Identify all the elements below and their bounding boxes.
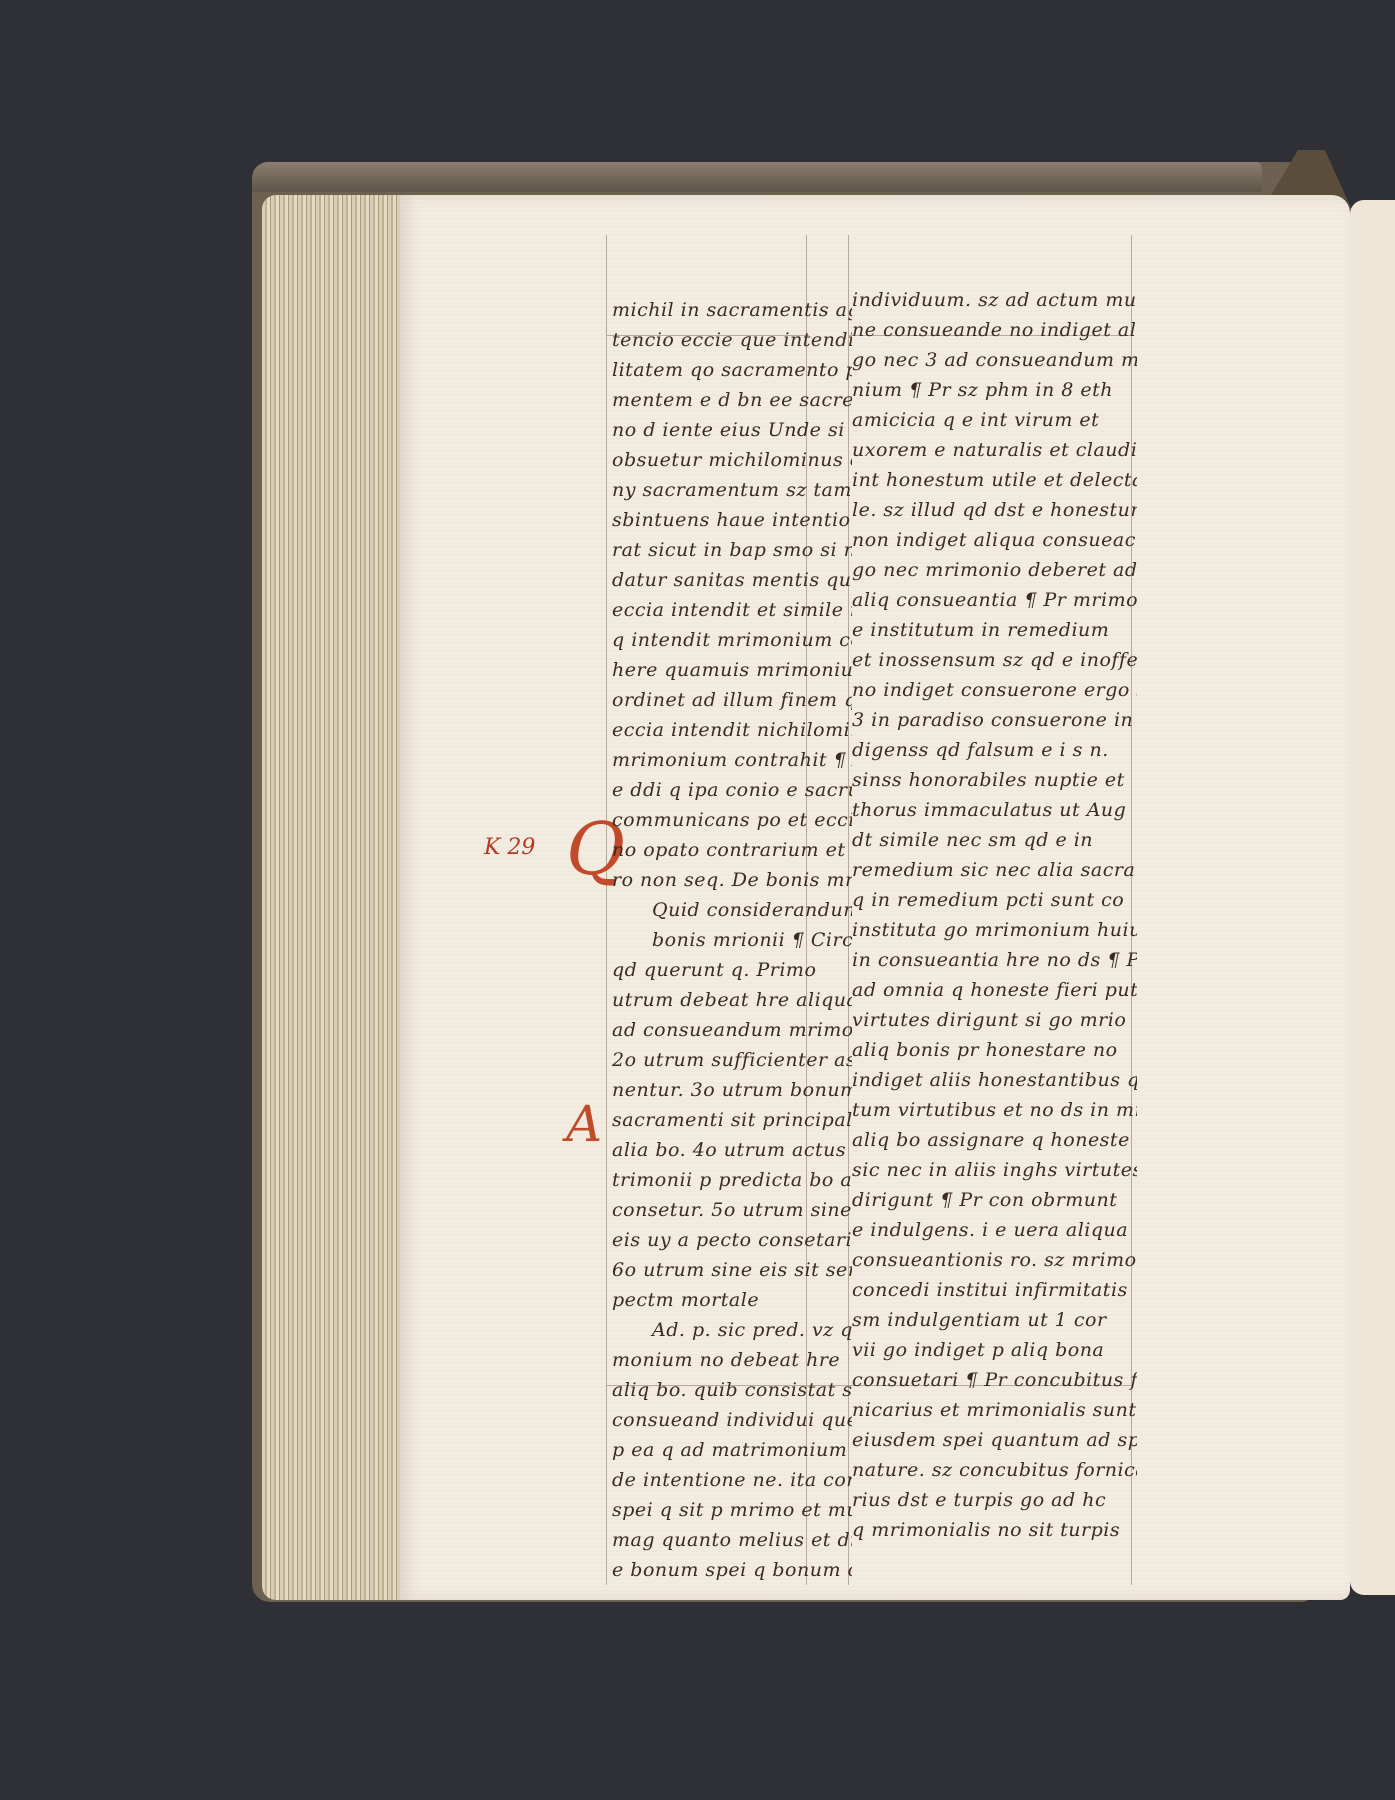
text-line: in consueantia hre no ds ¶ Pr <box>852 945 1137 975</box>
text-line: e bonum spei q bonum conig <box>612 1555 852 1585</box>
text-line: thorus immaculatus ut Aug <box>852 795 1137 825</box>
text-line: aliq bonis pr honestare no <box>852 1035 1137 1065</box>
text-line: ny sacramentum sz tamen <box>612 475 852 505</box>
text-line: q mrimonialis no sit turpis <box>852 1515 1137 1545</box>
text-line: spei q sit p mrimo et multo <box>612 1495 852 1525</box>
text-line: consuetari ¶ Pr concubitus for <box>852 1365 1137 1395</box>
text-line: le. sz illud qd dst e honestum <box>852 495 1137 525</box>
text-line: eiusdem spei quantum ad spem <box>852 1425 1137 1455</box>
text-line: nature. sz concubitus fornica <box>852 1455 1137 1485</box>
text-line: eccia intendit et simile ille <box>612 595 852 625</box>
text-line: pectm mortale <box>612 1285 852 1315</box>
text-line: ro non seq. De bonis mrioii <box>612 865 852 895</box>
text-line: alia bo. 4o utrum actus ma <box>612 1135 852 1165</box>
text-line: datur sanitas mentis quam <box>612 565 852 595</box>
text-line: rius dst e turpis go ad hc <box>852 1485 1137 1515</box>
text-line: virtutes dirigunt si go mrio <box>852 1005 1137 1035</box>
text-line: tum virtutibus et no ds in mrio <box>852 1095 1137 1125</box>
text-line: 2o utrum sufficienter assig <box>612 1045 852 1075</box>
text-line: bonis mrionii ¶ Circa <box>612 925 852 955</box>
text-line: 3 in paradiso consuerone in <box>852 705 1137 735</box>
ruling-line <box>606 235 607 1585</box>
text-line: Quid considerandum e de <box>612 895 852 925</box>
text-line: aliq consueantia ¶ Pr mrimo <box>852 585 1137 615</box>
text-line: consueantionis ro. sz mrimo <box>852 1245 1137 1275</box>
text-line: indiget aliis honestantibus qm <box>852 1065 1137 1095</box>
text-line: dt simile nec sm qd e in <box>852 825 1137 855</box>
text-line: ne consueande no indiget aliq <box>852 315 1137 345</box>
text-line: p ea q ad matrimonium pz e <box>612 1435 852 1465</box>
decorated-initial-a: A <box>566 1095 602 1153</box>
text-line: aliq bo assignare q honeste <box>852 1125 1137 1155</box>
text-line: utrum debeat hre aliqua bo <box>612 985 852 1015</box>
text-line: aliq bo. quib consistat sic n. <box>612 1375 852 1405</box>
text-line: amicicia q e int virum et <box>852 405 1137 435</box>
text-line: here quamuis mrimonium no <box>612 655 852 685</box>
text-line: communicans po et eccie et <box>612 805 852 835</box>
text-line: consueand individui que sit <box>612 1405 852 1435</box>
marginal-note: K 29 <box>484 835 535 860</box>
text-line: vii go indiget p aliq bona <box>852 1335 1137 1365</box>
text-line: ordinet ad illum finem qui <box>612 685 852 715</box>
text-line: e institutum in remedium <box>852 615 1137 645</box>
manuscript-leaf: K 29 Q A michil in sacramentis agit. sz … <box>400 195 1350 1600</box>
text-line: sinss honorabiles nuptie et <box>852 765 1137 795</box>
text-line: sacramenti sit principaliens int <box>612 1105 852 1135</box>
facing-leaf-edge <box>1350 200 1395 1595</box>
text-line: eis uy a pecto consetari possit <box>612 1225 852 1255</box>
text-column-left: michil in sacramentis agit. sz intencio … <box>612 295 852 1585</box>
text-line: litatem qo sacramento pre <box>612 355 852 385</box>
text-line: q intendit mrimonium contra <box>612 625 852 655</box>
text-line: concedi institui infirmitatis <box>852 1275 1137 1305</box>
text-line: qd querunt q. Primo <box>612 955 852 985</box>
text-line: digenss qd falsum e i s n. <box>852 735 1137 765</box>
text-line: tencio eccie que intendit uti <box>612 325 852 355</box>
text-line: michil in sacramentis agit. sz in <box>612 295 852 325</box>
text-line: ad consueandum mrimonium <box>612 1015 852 1045</box>
text-line: Ad. p. sic pred. vz q mri <box>612 1315 852 1345</box>
text-line: instituta go mrimonium huius <box>852 915 1137 945</box>
text-line: individuum. sz ad actum mutu <box>852 285 1137 315</box>
text-line: et inossensum sz qd e inoffensu <box>852 645 1137 675</box>
text-line: sm indulgentiam ut 1 cor <box>852 1305 1137 1335</box>
text-line: non indiget aliqua consueacre <box>852 525 1137 555</box>
book-headcap <box>252 162 1262 192</box>
text-line: mrimonium contrahit ¶ Ad <box>612 745 852 775</box>
text-line: nentur. 3o utrum bonum <box>612 1075 852 1105</box>
text-line: eccia intendit nichilominus vir <box>612 715 852 745</box>
text-line: q in remedium pcti sunt co <box>852 885 1137 915</box>
text-line: de intentione ne. ita consueando <box>612 1465 852 1495</box>
text-line: sic nec in aliis inghs virtutes <box>852 1155 1137 1185</box>
text-line: obsuetur michilominus e mrio <box>612 445 852 475</box>
text-line: go nec mrimonio deberet addi <box>852 555 1137 585</box>
text-line: sbintuens haue intentionem per <box>612 505 852 535</box>
text-line: ad omnia q honeste fieri put <box>852 975 1137 1005</box>
text-line: uxorem e naturalis et claudit <box>852 435 1137 465</box>
text-line: trimonii p predicta bo a pecto <box>612 1165 852 1195</box>
text-line: remedium sic nec alia sacra <box>852 855 1137 885</box>
text-line: monium no debeat hre <box>612 1345 852 1375</box>
page-edges <box>262 195 402 1600</box>
text-line: no opato contrarium et ido <box>612 835 852 865</box>
text-line: e indulgens. i e uera aliqua <box>852 1215 1137 1245</box>
text-line: consetur. 5o utrum sine <box>612 1195 852 1225</box>
text-line: e ddi q ipa conio e sacrum <box>612 775 852 805</box>
text-line: rat sicut in bap smo si non inte <box>612 535 852 565</box>
text-column-right: individuum. sz ad actum mutune consueand… <box>852 285 1137 1545</box>
text-line: nium ¶ Pr sz phm in 8 eth <box>852 375 1137 405</box>
text-line: go nec 3 ad consueandum mrio <box>852 345 1137 375</box>
text-line: int honestum utile et delectab <box>852 465 1137 495</box>
text-line: dirigunt ¶ Pr con obrmunt <box>852 1185 1137 1215</box>
text-line: 6o utrum sine eis sit semper <box>612 1255 852 1285</box>
text-line: no indiget consuerone ergo sit <box>852 675 1137 705</box>
text-line: mag quanto melius et dignius <box>612 1525 852 1555</box>
text-line: nicarius et mrimonialis sunt <box>852 1395 1137 1425</box>
text-line: no d iente eius Unde si no <box>612 415 852 445</box>
text-line: mentem e d bn ee sacred et <box>612 385 852 415</box>
